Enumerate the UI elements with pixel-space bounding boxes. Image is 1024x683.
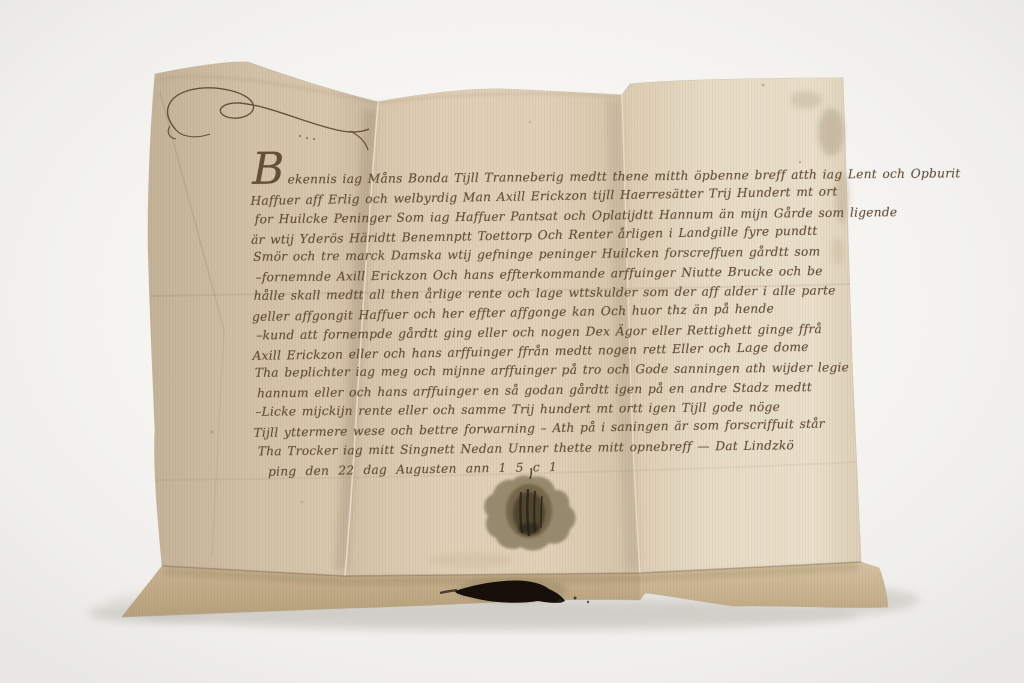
photo-of-letter: Bekennis iag Måns Bonda Tijll Tranneberi… [0, 0, 1024, 683]
manuscript-text-block: Bekennis iag Måns Bonda Tijll Tranneberi… [250, 153, 854, 481]
